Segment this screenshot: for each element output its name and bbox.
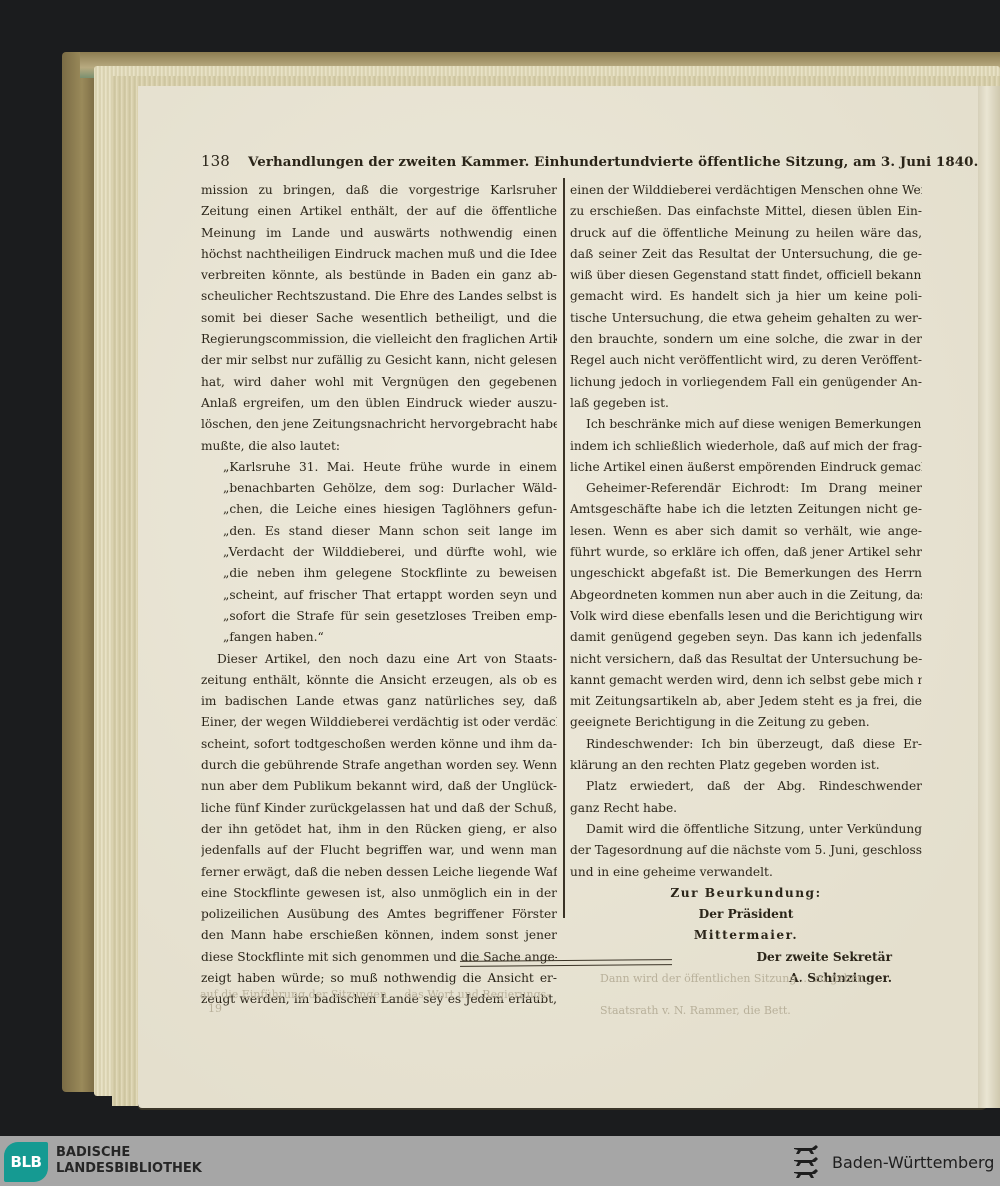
text-line: ungeschickt abgefaßt ist. Die Bemerkunge…: [570, 563, 922, 584]
text-line: zeitung enthält, könnte die Ansicht erze…: [201, 670, 557, 691]
text-line: Einer, der wegen Wilddieberei verdächtig…: [201, 712, 557, 733]
bleed-through-text: 19: [208, 1002, 222, 1015]
text-line: Anlaß ergreifen, um den üblen Eindruck w…: [201, 393, 557, 414]
text-line: ganz Recht habe.: [570, 798, 922, 819]
baden-wuerttemberg-text: Baden-Württemberg: [832, 1153, 994, 1172]
text-line: Abgeordneten kommen nun aber auch in die…: [570, 585, 922, 606]
text-line: druck auf die öffentliche Meinung zu hei…: [570, 223, 922, 244]
text-line: liche Artikel einen äußerst empörenden E…: [570, 457, 922, 478]
text-line: liche fünf Kinder zurückgelassen hat und…: [201, 798, 557, 819]
text-line: „die neben ihm gelegene Stockflinte zu b…: [201, 563, 557, 584]
text-line: und in eine geheime verwandelt.: [570, 862, 922, 883]
text-line: Der Präsident: [570, 904, 922, 925]
text-line: zeigt haben würde; so muß nothwendig die…: [201, 968, 557, 989]
text-line: den brauchte, sondern um eine solche, di…: [570, 329, 922, 350]
bleed-through-text: auf die Einführung der Sitzungen ... das…: [200, 988, 550, 1001]
text-line: geeignete Berichtigung in die Zeitung zu…: [570, 712, 922, 733]
text-line: „sofort die Strafe für sein gesetzloses …: [201, 606, 557, 627]
text-line: der Tagesordnung auf die nächste vom 5. …: [570, 840, 922, 861]
text-line: Meinung im Lande und auswärts nothwendig…: [201, 223, 557, 244]
text-line: Platz erwiedert, daß der Abg. Rindeschwe…: [570, 776, 922, 797]
text-line: Regel auch nicht veröffentlicht wird, zu…: [570, 350, 922, 371]
footer-bar: BLB BADISCHE LANDESBIBLIOTHEK Baden-Würt…: [0, 1136, 1000, 1186]
text-line: den Mann habe erschießen können, indem s…: [201, 925, 557, 946]
text-line: durch die gebührende Strafe angethan wor…: [201, 755, 557, 776]
bleed-through-text: Staatsrath v. N. Rammer, die Bett.: [600, 1004, 791, 1017]
text-line: nun aber dem Publikum bekannt wird, daß …: [201, 776, 557, 797]
text-line: Zeitung einen Artikel enthält, der auf d…: [201, 201, 557, 222]
text-line: „Verdacht der Wilddieberei, und dürfte w…: [201, 542, 557, 563]
library-name[interactable]: BADISCHE LANDESBIBLIOTHEK: [56, 1145, 202, 1177]
text-line: kannt gemacht werden wird, denn ich selb…: [570, 670, 922, 691]
three-lions-crest-icon: [790, 1142, 822, 1182]
text-line: damit genügend gegeben seyn. Das kann ic…: [570, 627, 922, 648]
text-line: mußte, die also lautet:: [201, 436, 557, 457]
text-line: lichung jedoch in vorliegendem Fall ein …: [570, 372, 922, 393]
text-line: verbreiten könnte, als bestünde in Baden…: [201, 265, 557, 286]
text-line: löschen, den jene Zeitungsnachricht herv…: [201, 414, 557, 435]
text-line: Amtsgeschäfte habe ich die letzten Zeitu…: [570, 499, 922, 520]
text-line: Zur Beurkundung:: [570, 883, 922, 904]
text-line: somit bei dieser Sache wesentlich bethei…: [201, 308, 557, 329]
text-line: eine Stockflinte gewesen ist, also unmög…: [201, 883, 557, 904]
scan-viewport: 138Verhandlungen der zweiten Kammer. Ein…: [0, 0, 1000, 1136]
left-column: mission zu bringen, daß die vorgestrige …: [201, 180, 557, 1011]
column-divider-rule: [563, 178, 565, 918]
running-header: 138Verhandlungen der zweiten Kammer. Ein…: [201, 152, 861, 174]
text-line: mission zu bringen, daß die vorgestrige …: [201, 180, 557, 201]
text-line: im badischen Lande etwas ganz natürliche…: [201, 691, 557, 712]
text-line: Mittermaier.: [570, 925, 922, 946]
text-line: mit Zeitungsartikeln ab, aber Jedem steh…: [570, 691, 922, 712]
text-line: jedenfalls auf der Flucht begriffen war,…: [201, 840, 557, 861]
facing-page-edge: [978, 86, 1000, 1108]
running-head-title: Verhandlungen der zweiten Kammer. Einhun…: [248, 154, 978, 170]
text-line: gemacht wird. Es handelt sich ja hier um…: [570, 286, 922, 307]
text-line: „den. Es stand dieser Mann schon seit la…: [201, 521, 557, 542]
text-line: höchst nachtheiligen Eindruck machen muß…: [201, 244, 557, 265]
page-number: 138: [201, 152, 230, 170]
right-column: einen der Wilddieberei verdächtigen Mens…: [570, 180, 922, 989]
bleed-through-text: Dann wird der öffentlichen Sitzung ... z…: [600, 972, 868, 985]
text-line: scheulicher Rechtszustand. Die Ehre des …: [201, 286, 557, 307]
text-line: „benachbarten Gehölze, dem sog: Durlache…: [201, 478, 557, 499]
text-line: tische Untersuchung, die etwa geheim geh…: [570, 308, 922, 329]
text-line: laß gegeben ist.: [570, 393, 922, 414]
text-line: hat, wird daher wohl mit Vergnügen den g…: [201, 372, 557, 393]
text-line: Volk wird diese ebenfalls lesen und die …: [570, 606, 922, 627]
blb-logo-text: BLB: [11, 1153, 42, 1171]
text-line: polizeilichen Ausübung des Amtes begriff…: [201, 904, 557, 925]
text-line: „scheint, auf frischer That ertappt word…: [201, 585, 557, 606]
text-line: lesen. Wenn es aber sich damit so verhäl…: [570, 521, 922, 542]
text-line: nicht versichern, daß das Resultat der U…: [570, 649, 922, 670]
text-line: „Karlsruhe 31. Mai. Heute frühe wurde in…: [201, 457, 557, 478]
text-line: Damit wird die öffentliche Sitzung, unte…: [570, 819, 922, 840]
baden-wuerttemberg-logo[interactable]: Baden-Württemberg: [790, 1142, 994, 1182]
library-name-line1: BADISCHE: [56, 1145, 202, 1161]
text-line: daß seiner Zeit das Resultat der Untersu…: [570, 244, 922, 265]
text-line: indem ich schließlich wiederhole, daß au…: [570, 436, 922, 457]
text-line: Dieser Artikel, den noch dazu eine Art v…: [201, 649, 557, 670]
text-line: der mir selbst nur zufällig zu Gesicht k…: [201, 350, 557, 371]
text-line: „fangen haben.“: [201, 627, 557, 648]
blb-logo[interactable]: BLB: [4, 1142, 48, 1182]
text-line: einen der Wilddieberei verdächtigen Mens…: [570, 180, 922, 201]
text-line: klärung an den rechten Platz gegeben wor…: [570, 755, 922, 776]
text-line: „chen, die Leiche eines hiesigen Taglöhn…: [201, 499, 557, 520]
text-line: wiß über diesen Gegenstand statt findet,…: [570, 265, 922, 286]
text-line: führt wurde, so erkläre ich offen, daß j…: [570, 542, 922, 563]
text-line: Regierungscommission, die vielleicht den…: [201, 329, 557, 350]
text-line: Ich beschränke mich auf diese wenigen Be…: [570, 414, 922, 435]
text-line: ferner erwägt, daß die neben dessen Leic…: [201, 862, 557, 883]
text-line: scheint, sofort todtgeschoßen werden kön…: [201, 734, 557, 755]
text-line: zu erschießen. Das einfachste Mittel, di…: [570, 201, 922, 222]
text-line: der ihn getödet hat, ihm in den Rücken g…: [201, 819, 557, 840]
text-line: Rindeschwender: Ich bin überzeugt, daß d…: [570, 734, 922, 755]
text-line: Geheimer-Referendär Eichrodt: Im Drang m…: [570, 478, 922, 499]
library-name-line2: LANDESBIBLIOTHEK: [56, 1161, 202, 1177]
